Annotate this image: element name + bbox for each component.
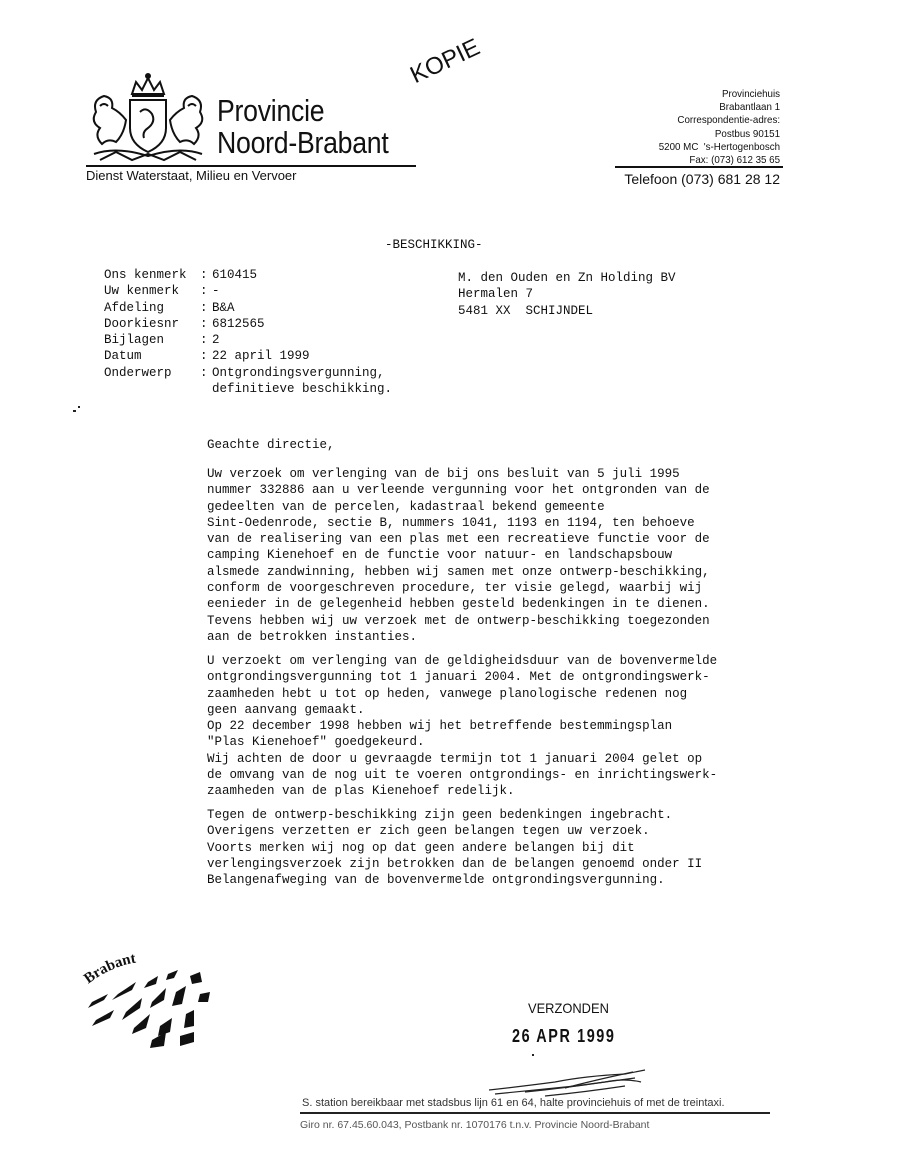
body-line: zaamheden hebt u tot op heden, vanwege p…	[207, 686, 807, 702]
body-line: Sint-Oedenrode, sectie B, nummers 1041, …	[207, 515, 807, 531]
body-line: Overigens verzetten er zich geen belange…	[207, 823, 807, 839]
salutation: Geachte directie,	[207, 438, 335, 452]
body-line: conform de voorgeschreven procedure, ter…	[207, 580, 807, 596]
signature	[485, 1068, 655, 1098]
body-line: Op 22 december 1998 hebben wij het betre…	[207, 718, 807, 734]
sent-stamp-label: VERZONDEN	[528, 1000, 609, 1016]
meta-separator: :	[200, 267, 212, 283]
sender-address: Provinciehuis Brabantlaan 1 Corresponden…	[659, 88, 780, 167]
meta-separator	[200, 381, 212, 397]
meta-separator: :	[200, 300, 212, 316]
address-line: Provinciehuis	[659, 88, 780, 101]
body-line: gedeelten van de percelen, kadastraal be…	[207, 499, 807, 515]
document-type-heading: -BESCHIKKING-	[385, 238, 483, 252]
footer-divider	[300, 1112, 770, 1114]
body-line: de omvang van de nog uit te voeren ontgr…	[207, 767, 807, 783]
meta-value: 6812565	[212, 316, 265, 332]
meta-separator: :	[200, 348, 212, 364]
coat-of-arms-logo	[86, 72, 210, 164]
body-line: Uw verzoek om verlenging van de bij ons …	[207, 466, 807, 482]
body-line: Wij achten de door u gevraagde termijn t…	[207, 751, 807, 767]
meta-label: Ons kenmerk	[104, 267, 200, 283]
scan-speck	[532, 1054, 534, 1056]
phone-number: Telefoon (073) 681 28 12	[624, 171, 780, 187]
meta-row: Onderwerp:Ontgrondingsvergunning,	[104, 365, 392, 381]
brabant-logo-text: Brabant	[82, 951, 137, 987]
address-line: 5200 MC 's-Hertogenbosch	[659, 141, 780, 154]
recipient-line: 5481 XX SCHIJNDEL	[458, 303, 676, 319]
body-line: U verzoekt om verlenging van de geldighe…	[207, 653, 807, 669]
recipient-line: M. den Ouden en Zn Holding BV	[458, 270, 676, 286]
address-line: Brabantlaan 1	[659, 101, 780, 114]
body-line: Tegen de ontwerp-beschikking zijn geen b…	[207, 807, 807, 823]
meta-value: 610415	[212, 267, 257, 283]
meta-value: 2	[212, 332, 220, 348]
body-line: camping Kienehoef en de functie voor nat…	[207, 547, 807, 563]
recipient-address: M. den Ouden en Zn Holding BV Hermalen 7…	[458, 270, 676, 319]
body-line: alsmede zandwinning, hebben wij samen me…	[207, 564, 807, 580]
body-line: nummer 332886 aan u verleende vergunning…	[207, 482, 807, 498]
organization-name-line1: Provincie	[217, 95, 389, 127]
meta-value: Ontgrondingsvergunning,	[212, 365, 385, 381]
meta-row: Datum:22 april 1999	[104, 348, 392, 364]
meta-separator: :	[200, 365, 212, 381]
meta-label: Datum	[104, 348, 200, 364]
meta-label	[104, 381, 200, 397]
meta-label: Onderwerp	[104, 365, 200, 381]
brabant-logo: Brabant	[82, 948, 232, 1060]
meta-value: definitieve beschikking.	[212, 381, 392, 397]
meta-label: Uw kenmerk	[104, 283, 200, 299]
body-line: eenieder in de gelegenheid hebben gestel…	[207, 596, 807, 612]
footer-directions: S. station bereikbaar met stadsbus lijn …	[302, 1097, 725, 1109]
sent-stamp-date: 26 APR 1999	[512, 1026, 616, 1047]
meta-separator: :	[200, 332, 212, 348]
meta-value: 22 april 1999	[212, 348, 310, 364]
meta-separator: :	[200, 283, 212, 299]
meta-separator: :	[200, 316, 212, 332]
body-paragraph: Tegen de ontwerp-beschikking zijn geen b…	[207, 807, 807, 888]
address-line: Postbus 90151	[659, 128, 780, 141]
address-line: Fax: (073) 612 35 65	[659, 154, 780, 167]
meta-row: Afdeling:B&A	[104, 300, 392, 316]
department-name: Dienst Waterstaat, Milieu en Vervoer	[86, 168, 297, 183]
meta-row: Bijlagen:2	[104, 332, 392, 348]
meta-label: Bijlagen	[104, 332, 200, 348]
body-line: verlengingsverzoek zijn betrokken dan de…	[207, 856, 807, 872]
copy-stamp: KOPIE	[406, 34, 484, 90]
meta-row: Doorkiesnr:6812565	[104, 316, 392, 332]
body-line: "Plas Kienehoef" goedgekeurd.	[207, 734, 807, 750]
organization-name-line2: Noord-Brabant	[217, 127, 389, 159]
meta-value: B&A	[212, 300, 235, 316]
recipient-line: Hermalen 7	[458, 286, 676, 302]
body-line: aan de betrokken instanties.	[207, 629, 807, 645]
body-paragraph: Uw verzoek om verlenging van de bij ons …	[207, 466, 807, 645]
meta-row: Uw kenmerk:-	[104, 283, 392, 299]
body-line: ontgrondingsvergunning tot 1 januari 200…	[207, 669, 807, 685]
body-paragraph: U verzoekt om verlenging van de geldighe…	[207, 653, 807, 800]
body-line: Tevens hebben wij uw verzoek met de ontw…	[207, 613, 807, 629]
body-line: geen aanvang gemaakt.	[207, 702, 807, 718]
footer-bank-details: Giro nr. 67.45.60.043, Postbank nr. 1070…	[300, 1119, 649, 1131]
svg-text:Brabant: Brabant	[82, 951, 137, 987]
address-line: Correspondentie-adres:	[659, 114, 780, 127]
scan-speck	[73, 410, 76, 412]
meta-label: Doorkiesnr	[104, 316, 200, 332]
body-line: Voorts merken wij nog op dat geen andere…	[207, 840, 807, 856]
body-line: van de realisering van een plas met een …	[207, 531, 807, 547]
reference-block: Ons kenmerk:610415 Uw kenmerk:- Afdeling…	[104, 267, 392, 397]
organization-name: Provincie Noord-Brabant	[217, 95, 389, 159]
header-divider	[86, 165, 416, 167]
meta-row: Ons kenmerk:610415	[104, 267, 392, 283]
scan-speck	[78, 406, 80, 408]
body-line: Belangenafweging van de bovenvermelde on…	[207, 872, 807, 888]
meta-row: definitieve beschikking.	[104, 381, 392, 397]
meta-label: Afdeling	[104, 300, 200, 316]
meta-value: -	[212, 283, 220, 299]
body-line: zaamheden van de plas Kienehoef redelijk…	[207, 783, 807, 799]
